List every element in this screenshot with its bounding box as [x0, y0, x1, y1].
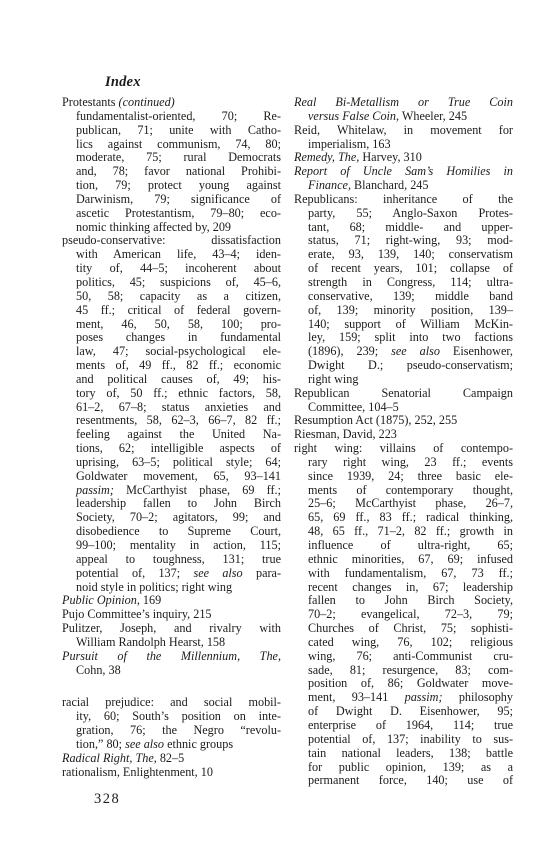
index-line-segment: recent changes in, 67; leadership: [308, 580, 513, 594]
index-line: versus False Coin, Wheeler, 245: [294, 110, 513, 124]
index-line-segment: influence of ultra-right, 65;: [308, 538, 513, 552]
index-line: Republicans: inheritance of the: [294, 193, 513, 207]
index-line: tity of, 44–5; incoherent about: [62, 262, 281, 276]
index-line: 50, 58; capacity as a citizen,: [62, 290, 281, 304]
index-line-segment: , Harvey, 310: [356, 150, 422, 164]
index-line: lics against communism, 74, 80;: [62, 138, 281, 152]
index-line-segment: Public Opinion: [62, 593, 137, 607]
index-line: Dwight D.; pseudo-conservatism;: [294, 359, 513, 373]
index-line-segment: Remedy, The: [294, 150, 356, 164]
index-line-segment: for public opinion, 139; as a: [308, 760, 513, 774]
index-line-segment: , 169: [137, 593, 161, 607]
index-line-segment: uprising, 63–5; political style; 64;: [76, 455, 281, 469]
index-line-segment: tain national leaders, 138; battle: [308, 746, 513, 760]
index-line-segment: Pujo Committee’s inquiry, 215: [62, 607, 212, 621]
index-line-segment: see also: [193, 566, 242, 580]
index-line: of, 139; minority position, 139–: [294, 304, 513, 318]
index-line: Pursuit of the Millennium, The,: [62, 650, 281, 664]
index-line-segment: Finance: [308, 178, 348, 192]
index-line-segment: Darwinism, 79; significance of: [76, 192, 281, 206]
index-line-segment: Republican Senatorial Campaign: [294, 386, 513, 400]
index-line: Report of Uncle Sam’s Homilies in: [294, 165, 513, 179]
index-line: conservative, 139; middle band: [294, 290, 513, 304]
index-line-segment: , 82–5: [154, 751, 184, 765]
index-line-segment: 48, 65 ff., 71–2, 82 ff.; growth in: [308, 524, 513, 538]
index-line: right wing: [294, 373, 513, 387]
index-line: nomic thinking affected by, 209: [62, 221, 281, 235]
index-line: sade, 81; resurgence, 83; com-: [294, 664, 513, 678]
index-line-segment: Report of Uncle Sam’s Homilies in: [294, 164, 513, 178]
index-line: leadership fallen to John Birch: [62, 497, 281, 511]
index-line-segment: gration, 76; the Negro “revolu-: [76, 723, 281, 737]
index-line-segment: feeling against the United Na-: [76, 427, 281, 441]
index-line-segment: 50, 58; capacity as a citizen,: [76, 289, 281, 303]
index-line-segment: (continued): [119, 95, 175, 109]
index-line-segment: disobedience to Supreme Court,: [76, 524, 281, 538]
index-line: for public opinion, 139; as a: [294, 761, 513, 775]
index-line: party, 55; Anglo-Saxon Protes-: [294, 207, 513, 221]
index-line-segment: strength in Congress, 114; ultra-: [308, 275, 513, 289]
index-line-segment: appeal to toughness, 131; true: [76, 552, 281, 566]
index-line-segment: sade, 81; resurgence, 83; com-: [308, 663, 513, 677]
index-line-segment: Eisenhower,: [440, 344, 513, 358]
index-line-segment: tion, 79; protect young against: [76, 178, 281, 192]
index-line: influence of ultra-right, 65;: [294, 539, 513, 553]
index-line-segment: Radical Right, The: [62, 751, 154, 765]
index-line: publican, 71; unite with Catho-: [62, 124, 281, 138]
index-line-segment: Reid, Whitelaw, in movement for: [294, 123, 513, 137]
index-line-segment: politics, 45; suspicions of, 45–6,: [76, 275, 281, 289]
index-line-segment: passim;: [76, 483, 114, 497]
index-line: 61–2, 67–8; status anxieties and: [62, 401, 281, 415]
index-line-segment: permanent force, 140; use of: [308, 773, 513, 787]
index-line-segment: since 1939, 24; three basic ele-: [308, 469, 513, 483]
index-line: Society, 70–2; agitators, 99; and: [62, 511, 281, 525]
index-line-segment: tory of, 50 ff.; ethnic factors, 58,: [76, 386, 281, 400]
index-line-segment: passim;: [405, 690, 443, 704]
index-line: tion, 79; protect young against: [62, 179, 281, 193]
index-line: Pujo Committee’s inquiry, 215: [62, 608, 281, 622]
index-line-segment: with fundamentalism, 67, 73 ff.;: [308, 566, 513, 580]
index-line-segment: ity, 60; South’s position on inte-: [76, 709, 281, 723]
index-line: rary right wing, 23 ff.; events: [294, 456, 513, 470]
index-line: tain national leaders, 138; battle: [294, 747, 513, 761]
index-line: potential of, 137; see also para-: [62, 567, 281, 581]
index-line-segment: ley, 159; split into two factions: [308, 330, 513, 344]
index-line-segment: 61–2, 67–8; status anxieties and: [76, 400, 281, 414]
index-line-segment: Real Bi-Metallism or True Coin: [294, 95, 513, 109]
index-columns: Protestants (continued)fundamentalist-or…: [62, 96, 514, 788]
index-line: ments of, 49 ff., 82 ff.; economic: [62, 359, 281, 373]
index-line: with fundamentalism, 67, 73 ff.;: [294, 567, 513, 581]
index-line: Radical Right, The, 82–5: [62, 752, 281, 766]
index-line: potential of, 137; inability to sus-: [294, 733, 513, 747]
index-line-segment: tant, 68; middle- and upper-: [308, 220, 513, 234]
index-line: 70–2; evangelical, 72–3, 79;: [294, 608, 513, 622]
index-line: law, 47; social-psychological ele-: [62, 345, 281, 359]
index-line-segment: tion,” 80;: [76, 737, 125, 751]
index-line: 99–100; mentality in action, 115;: [62, 539, 281, 553]
index-line: since 1939, 24; three basic ele-: [294, 470, 513, 484]
index-line-segment: see also: [125, 737, 164, 751]
index-line: Riesman, David, 223: [294, 428, 513, 442]
index-line: and political causes of, 49; his-: [62, 373, 281, 387]
book-page: Index Protestants (continued)fundamental…: [0, 0, 560, 865]
index-line-segment: ment, 46, 50, 58, 100; pro-: [76, 317, 281, 331]
index-line-segment: 25–6; McCarthyist phase, 26–7,: [308, 496, 513, 510]
index-line-segment: and, 78; favor national Prohibi-: [76, 164, 281, 178]
index-line-segment: with American life, 43–4; iden-: [76, 247, 281, 261]
index-line-segment: Pursuit of the Millennium, The,: [62, 649, 281, 663]
index-line-segment: poses changes in fundamental: [76, 330, 281, 344]
index-line-segment: leadership fallen to John Birch: [76, 496, 281, 510]
index-line-segment: position of, 86; Goldwater move-: [308, 676, 513, 690]
index-line-segment: erate, 93, 139, 140; conservatism: [308, 247, 513, 261]
index-line-segment: rationalism, Enlightenment, 10: [62, 765, 213, 779]
index-line: disobedience to Supreme Court,: [62, 525, 281, 539]
index-line: ments of contemporary thought,: [294, 484, 513, 498]
index-line-segment: of, 139; minority position, 139–: [308, 303, 513, 317]
index-line-segment: right wing: villains of contempo-: [294, 441, 513, 455]
index-line-segment: ethnic minorities, 67, 69; infused: [308, 552, 513, 566]
index-line: Cohn, 38: [62, 664, 281, 678]
index-line-segment: (1896), 239;: [308, 344, 391, 358]
index-line: noid style in politics; right wing: [62, 581, 281, 595]
index-line: enterprise of 1964, 114; true: [294, 719, 513, 733]
index-line-segment: of recent years, 101; collapse of: [308, 261, 513, 275]
index-line: ley, 159; split into two factions: [294, 331, 513, 345]
index-line-segment: pseudo-conservative: dissatisfaction: [62, 233, 281, 247]
index-line: poses changes in fundamental: [62, 331, 281, 345]
index-line: tions, 62; intelligible aspects of: [62, 442, 281, 456]
index-line-segment: , Wheeler, 245: [396, 109, 467, 123]
index-line-segment: fundamentalist-oriented, 70; Re-: [76, 109, 281, 123]
index-line: 45 ff.; critical of federal govern-: [62, 304, 281, 318]
index-line-segment: Goldwater movement, 65, 93–141: [76, 469, 281, 483]
index-line: 140; support of William McKin-: [294, 318, 513, 332]
index-line: Darwinism, 79; significance of: [62, 193, 281, 207]
index-line-segment: 45 ff.; critical of federal govern-: [76, 303, 281, 317]
index-line-segment: Resumption Act (1875), 252, 255: [294, 413, 457, 427]
index-line-segment: McCarthyist phase, 69 ff.;: [114, 483, 281, 497]
index-line-segment: 99–100; mentality in action, 115;: [76, 538, 281, 552]
index-line-segment: ascetic Protestantism, 79–80; eco-: [76, 206, 281, 220]
index-line-segment: , Blanchard, 245: [348, 178, 429, 192]
index-line: of Dwight D. Eisenhower, 95;: [294, 705, 513, 719]
index-line-segment: ments of contemporary thought,: [308, 483, 513, 497]
index-line: Reid, Whitelaw, in movement for: [294, 124, 513, 138]
index-line-segment: noid style in politics; right wing: [76, 580, 232, 594]
index-line-segment: wing, 76; anti-Communist cru-: [308, 649, 513, 663]
index-line: (1896), 239; see also Eisenhower,: [294, 345, 513, 359]
index-line-segment: tity of, 44–5; incoherent about: [76, 261, 281, 275]
index-line-segment: fallen to John Birch Society,: [308, 593, 513, 607]
index-line: Committee, 104–5: [294, 401, 513, 415]
index-line-segment: Cohn, 38: [76, 663, 121, 677]
index-line: racial prejudice: and social mobil-: [62, 696, 281, 710]
index-line: William Randolph Hearst, 158: [62, 636, 281, 650]
index-line-segment: ment, 93–141: [308, 690, 405, 704]
index-line: position of, 86; Goldwater move-: [294, 677, 513, 691]
index-line: 48, 65 ff., 71–2, 82 ff.; growth in: [294, 525, 513, 539]
index-line: fallen to John Birch Society,: [294, 594, 513, 608]
index-line: erate, 93, 139, 140; conservatism: [294, 248, 513, 262]
index-line: permanent force, 140; use of: [294, 774, 513, 788]
index-line: pseudo-conservative: dissatisfaction: [62, 234, 281, 248]
index-line-segment: rary right wing, 23 ff.; events: [308, 455, 513, 469]
index-line-segment: Republicans: inheritance of the: [294, 192, 513, 206]
index-line-segment: cated wing, 76, 102; religious: [308, 635, 513, 649]
index-line: ment, 93–141 passim; philosophy: [294, 691, 513, 705]
index-line-segment: Protestants: [62, 95, 119, 109]
index-line: Real Bi-Metallism or True Coin: [294, 96, 513, 110]
index-line-segment: publican, 71; unite with Catho-: [76, 123, 281, 137]
index-line: Republican Senatorial Campaign: [294, 387, 513, 401]
index-line-segment: racial prejudice: and social mobil-: [62, 695, 281, 709]
index-line: appeal to toughness, 131; true: [62, 553, 281, 567]
index-line: of recent years, 101; collapse of: [294, 262, 513, 276]
index-line-segment: status, 71; right-wing, 93; mod-: [308, 233, 513, 247]
index-line-segment: right wing: [308, 372, 358, 386]
index-line: and, 78; favor national Prohibi-: [62, 165, 281, 179]
index-line: ascetic Protestantism, 79–80; eco-: [62, 207, 281, 221]
index-line-segment: party, 55; Anglo-Saxon Protes-: [308, 206, 513, 220]
index-line: with American life, 43–4; iden-: [62, 248, 281, 262]
index-line-segment: 140; support of William McKin-: [308, 317, 513, 331]
index-line: tant, 68; middle- and upper-: [294, 221, 513, 235]
index-line: tory of, 50 ff.; ethnic factors, 58,: [62, 387, 281, 401]
index-line: imperialism, 163: [294, 138, 513, 152]
index-line-segment: lics against communism, 74, 80;: [76, 137, 281, 151]
index-line: resentments, 58, 62–3, 66–7, 82 ff.;: [62, 414, 281, 428]
index-line: Churches of Christ, 75; sophisti-: [294, 622, 513, 636]
section-gap: [62, 677, 281, 696]
index-line: passim; McCarthyist phase, 69 ff.;: [62, 484, 281, 498]
index-line-segment: Churches of Christ, 75; sophisti-: [308, 621, 513, 635]
index-line: tion,” 80; see also ethnic groups: [62, 738, 281, 752]
index-line-segment: Riesman, David, 223: [294, 427, 397, 441]
index-line: rationalism, Enlightenment, 10: [62, 766, 281, 780]
index-line-segment: enterprise of 1964, 114; true: [308, 718, 513, 732]
index-column-left: Protestants (continued)fundamentalist-or…: [62, 96, 281, 788]
index-line-segment: philosophy: [443, 690, 513, 704]
index-line: 65, 69 ff., 83 ff.; radical thinking,: [294, 511, 513, 525]
index-line-segment: tions, 62; intelligible aspects of: [76, 441, 281, 455]
index-line: uprising, 63–5; political style; 64;: [62, 456, 281, 470]
index-line-segment: ments of, 49 ff., 82 ff.; economic: [76, 358, 281, 372]
index-line: wing, 76; anti-Communist cru-: [294, 650, 513, 664]
index-line-segment: see also: [391, 344, 440, 358]
index-line: politics, 45; suspicions of, 45–6,: [62, 276, 281, 290]
index-line-segment: Committee, 104–5: [308, 400, 399, 414]
index-line: Remedy, The, Harvey, 310: [294, 151, 513, 165]
index-line-segment: potential of, 137;: [76, 566, 193, 580]
index-line-segment: conservative, 139; middle band: [308, 289, 513, 303]
index-line: fundamentalist-oriented, 70; Re-: [62, 110, 281, 124]
index-line-segment: nomic thinking affected by, 209: [76, 220, 231, 234]
index-line: right wing: villains of contempo-: [294, 442, 513, 456]
index-line-segment: resentments, 58, 62–3, 66–7, 82 ff.;: [76, 413, 281, 427]
index-line: ment, 46, 50, 58, 100; pro-: [62, 318, 281, 332]
index-line: Goldwater movement, 65, 93–141: [62, 470, 281, 484]
index-line: 25–6; McCarthyist phase, 26–7,: [294, 497, 513, 511]
index-line-segment: versus False Coin: [308, 109, 396, 123]
page-number: 328: [94, 791, 120, 808]
index-line: gration, 76; the Negro “revolu-: [62, 724, 281, 738]
index-line: Public Opinion, 169: [62, 594, 281, 608]
index-line-segment: 70–2; evangelical, 72–3, 79;: [308, 607, 513, 621]
index-line: ity, 60; South’s position on inte-: [62, 710, 281, 724]
index-line-segment: Dwight D.; pseudo-conservatism;: [308, 358, 513, 372]
index-line-segment: potential of, 137; inability to sus-: [308, 732, 513, 746]
index-line-segment: William Randolph Hearst, 158: [76, 635, 225, 649]
index-line: recent changes in, 67; leadership: [294, 581, 513, 595]
index-line-segment: Society, 70–2; agitators, 99; and: [76, 510, 281, 524]
index-line: Pulitzer, Joseph, and rivalry with: [62, 622, 281, 636]
index-line: Protestants (continued): [62, 96, 281, 110]
index-line-segment: ethnic groups: [164, 737, 233, 751]
index-line: Finance, Blanchard, 245: [294, 179, 513, 193]
index-line-segment: para-: [243, 566, 281, 580]
index-line-segment: Pulitzer, Joseph, and rivalry with: [62, 621, 281, 635]
index-line-segment: 65, 69 ff., 83 ff.; radical thinking,: [308, 510, 513, 524]
index-line: strength in Congress, 114; ultra-: [294, 276, 513, 290]
page-title: Index: [105, 74, 141, 91]
index-line: feeling against the United Na-: [62, 428, 281, 442]
index-line: Resumption Act (1875), 252, 255: [294, 414, 513, 428]
index-line: cated wing, 76, 102; religious: [294, 636, 513, 650]
index-line-segment: law, 47; social-psychological ele-: [76, 344, 281, 358]
index-line: ethnic minorities, 67, 69; infused: [294, 553, 513, 567]
index-line: status, 71; right-wing, 93; mod-: [294, 234, 513, 248]
index-line-segment: imperialism, 163: [308, 137, 391, 151]
index-line-segment: and political causes of, 49; his-: [76, 372, 281, 386]
index-line: moderate, 75; rural Democrats: [62, 151, 281, 165]
index-column-right: Real Bi-Metallism or True Coinversus Fal…: [294, 96, 513, 788]
index-line-segment: of Dwight D. Eisenhower, 95;: [308, 704, 513, 718]
index-line-segment: moderate, 75; rural Democrats: [76, 150, 281, 164]
